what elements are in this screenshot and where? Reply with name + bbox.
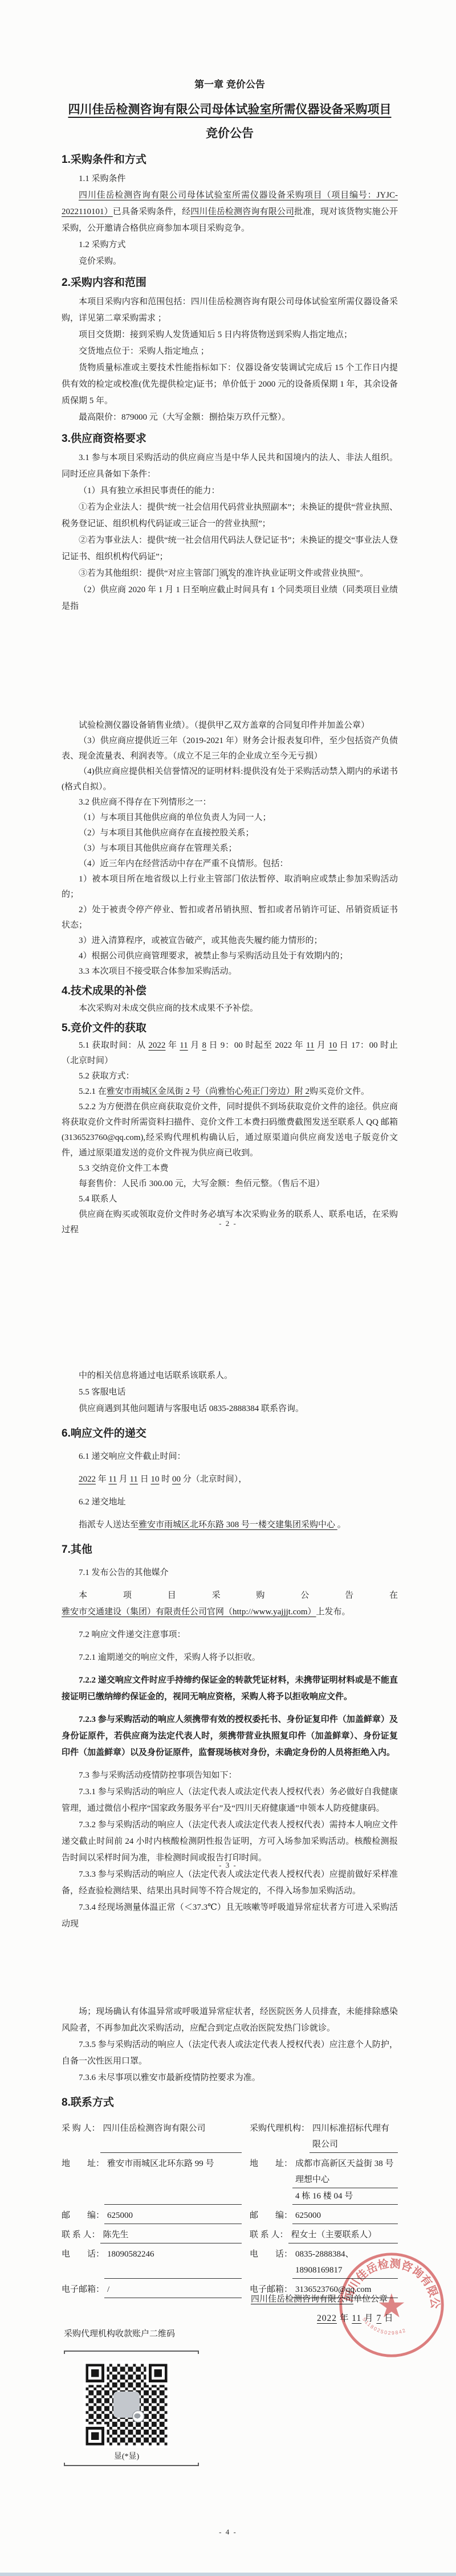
clause-2-scope: 本项目采购内容和范围包括：四川佳岳检测咨询有限公司母体试验室所需仪器设备采购，详… (62, 294, 398, 327)
section-6-heading: 6.响应文件的递交 (62, 1425, 398, 1442)
clause-3-2-item2: （2）与本项目其他供应商存在直接控股关系； (62, 826, 398, 841)
clause-6-2-heading: 6.2 递交地址 (62, 1494, 398, 1511)
seal-caption: 四川佳岳检测咨询有限公司单位公章 (251, 2292, 445, 2307)
clause-3-2-item4-4: 4）根据公司供应商管理要求，被禁止参与采购活动且处于有效期内的； (62, 949, 398, 964)
clause-7-2-2: 7.2.2 递交响应文件时应手持缔约保证金的转款凭证材料，未携带证明材料或是不能… (62, 1672, 398, 1705)
qr-finder-top-left (83, 2361, 107, 2385)
page-number-3: - 3 - (0, 1861, 456, 1870)
clause-5-2-1: 5.2.1 在雅安市雨城区金凤街 2 号（尚雅怡心苑正门旁边）附 2购买竞价文件… (62, 1084, 398, 1100)
clause-7-3-4: 7.3.4 经现场测量体温正常（＜37.3℃）且无咳嗽等呼吸道异常症状者方可进入… (62, 1900, 398, 1933)
section-3-heading: 3.供应商资格要求 (62, 430, 398, 448)
clause-3-1-item4: （4)供应商应提供相关信誉情况的证明材料:提供没有处于采购活动禁入期内的承诺书(… (62, 764, 398, 795)
clause-2-max-price: 最高限价：879000 元（大写金额：捌拾柒万玖仟元整）。 (62, 409, 398, 426)
clause-3-1-item3: （3）供应商应提供近三年（2019-2021 年）财务会计报表复印件，至少包括资… (62, 733, 398, 764)
clause-5-4-heading: 5.4 联系人 (62, 1192, 398, 1207)
clause-2-delivery-time: 项目交货期：接到采购人发货通知后 5 日内将货物送到采购人指定地点； (62, 327, 398, 343)
clause-3-1-item2: （2）供应商 2020 年 1 月 1 日至响应截止时间具有 1 个同类项目业绩… (62, 582, 398, 615)
clause-1-1-body: 四川佳岳检测咨询有限公司母体试验室所需仪器设备采购项目（项目编号：JYJC-20… (62, 187, 398, 237)
purchaser-label: 采 购 人： (62, 2120, 100, 2153)
agency-postcode: 625000 (292, 2208, 398, 2224)
clause-3-2-item4: （4）近三年内在经营活动中存在严重不良情形。包括： (62, 856, 398, 872)
clause-4-body: 本次采购对未成交供应商的技术成果不予补偿。 (62, 1001, 398, 1016)
qr-bracket-top (64, 2351, 199, 2354)
clause-3-1-item1: （1）具有独立承担民事责任的能力： (62, 483, 398, 499)
page-4: 场；现场确认有体温异常或呼吸道异常症状者，经医院医务人员排查，未能排除感染风险者… (0, 1932, 456, 2576)
clause-1-2-body: 竞价采购。 (62, 253, 398, 270)
clause-1-2-heading: 1.2 采购方式 (62, 237, 398, 253)
clause-3-2-item1: （1）与本项目其他供应商的单位负责人为同一人； (62, 810, 398, 826)
purchaser-contact: 陈先生 (100, 2227, 242, 2243)
purchaser-name: 四川佳岳检测咨询有限公司 (100, 2120, 242, 2153)
contact-row-address: 地 址： 雅安市雨城区北环东路 99 号 地 址： 成都市高新区天益街 38 号… (62, 2156, 398, 2205)
clause-7-3-heading: 7.3 参与采购活动疫情防控事项告知如下： (62, 1767, 398, 1784)
agency-address-line1: 成都市高新区天益街 38 号理想中心 (292, 2156, 398, 2188)
chapter-heading: 第一章 竞价公告 (62, 77, 398, 92)
section-5-heading: 5.竞价文件的获取 (62, 1020, 398, 1037)
qr-code-label: 采购代理机构收款账户二维码 (64, 2327, 175, 2339)
clause-7-3-1: 7.3.1 参与采购活动的响应人（法定代表人或法定代表人授权代表）务必做好自我健… (62, 1784, 398, 1817)
clause-7-2-heading: 7.2 响应文件递交注意事项： (62, 1627, 398, 1643)
contact-row-name: 采 购 人： 四川佳岳检测咨询有限公司 采购代理机构： 四川标准招标代理有限公司 (62, 2120, 398, 2153)
contact-row-person: 联 系 人： 陈先生 联 系 人： 程女士（主要联系人） (62, 2227, 398, 2243)
page-2-content: 试验检测仪器设备销售业绩）。（提供甲乙双方盖章的合同复印件并加盖公章） （3）供… (0, 644, 456, 1238)
purchaser-phone: 18090582246 (104, 2246, 242, 2279)
page-1-content: 第一章 竞价公告 四川佳岳检测咨询有限公司母体试验室所需仪器设备采购项目 竞价公… (0, 0, 456, 615)
clause-3-1-item1-b: ②若为事业法人：提供“统一社会信用代码法人登记证书”；未换证的提交“事业法人登记… (62, 532, 398, 565)
clause-5-5-body: 供应商遇到其他问题请与客服电话 0835-2888384 联系咨询。 (62, 1401, 398, 1417)
contact-row-postcode: 邮 编： 625000 邮 编： 625000 (62, 2208, 398, 2224)
section-4-heading: 4.技术成果的补偿 (62, 983, 398, 1000)
scan-edge-artifact (0, 2573, 456, 2576)
clause-2-quality: 货物质量标准或主要技术性能指标如下：仪器设备安装调试完成后 15 个工作日内提供… (62, 360, 398, 409)
clause-6-1-deadline: 2022 年 11 月 11 日 10 时 00 分（北京时间）， (62, 1471, 398, 1488)
agency-address-line2: 4 栋 16 楼 04 号 (292, 2188, 398, 2205)
purchaser-email-label: 电子邮箱： (62, 2282, 104, 2298)
qr-center-logo (113, 2392, 144, 2422)
purchaser-postcode: 625000 (104, 2208, 242, 2224)
clause-6-1-heading: 6.1 递交响应文件截止时间： (62, 1449, 398, 1465)
clause-7-3-6: 7.3.6 未尽事项以雅安市最新疫情防控要求为准。 (62, 2070, 398, 2086)
page-number-4: - 4 - (0, 2528, 456, 2537)
document-title-line1: 四川佳岳检测咨询有限公司母体试验室所需仪器设备采购项目 (62, 100, 398, 120)
clause-3-1-item2-cont: 试验检测仪器设备销售业绩）。（提供甲乙双方盖章的合同复印件并加盖公章） (62, 718, 398, 733)
page-number-1: - 1 - (0, 573, 456, 582)
purchaser-address-label: 地 址： (62, 2156, 104, 2205)
clause-3-2-heading: 3.2 供应商不得存在下列情形之一： (62, 795, 398, 810)
agency-contact: 程女士（主要联系人） (288, 2227, 398, 2243)
section-1-heading: 1.采购条件和方式 (62, 151, 398, 169)
clause-6-2-address: 指派专人送达至雅安市雨城区北环东路 308 号一楼交建集团采购中心 。 (62, 1517, 398, 1533)
clause-7-1-heading: 7.1 发布公告的其他媒介 (62, 1565, 398, 1581)
payment-qr-code (83, 2361, 170, 2448)
qr-finder-bottom-left (83, 2425, 107, 2448)
page-number-2: - 2 - (0, 1219, 456, 1228)
agency-address-label: 地 址： (250, 2156, 292, 2205)
document-title-line2: 竞价公告 (62, 124, 398, 143)
clause-7-3-3: 7.3.3 参与采购活动的响应人（法定代表人或法定代表人授权代表）应提前做好采样… (62, 1867, 398, 1900)
page-3: 中的相关信息将通过电话联系该联系人。 5.5 客服电话 供应商遇到其他问题请与客… (0, 1288, 456, 1932)
clause-1-1-heading: 1.1 采购条件 (62, 171, 398, 187)
clause-5-1: 5.1 获取时间：从 2022 年 11 月 8 日 9：00 时起至 2022… (62, 1038, 398, 1069)
clause-3-3: 3.3 本次项目不接受联合体参加采购活动。 (62, 964, 398, 979)
clause-5-4-cont: 中的相关信息将通过电话联系该联系人。 (62, 1368, 398, 1384)
agency-phone-label: 电 话： (250, 2246, 292, 2279)
section-8-heading: 8.联系方式 (62, 2094, 398, 2111)
section-2-heading: 2.采购内容和范围 (62, 274, 398, 292)
clause-7-2-1: 7.2.1 逾期递交的响应文件，采购人将予以拒收。 (62, 1650, 398, 1666)
clause-5-3-body: 每套售价：人民币 300.00 元，大写金额：叁佰元整。（售后不退） (62, 1176, 398, 1192)
agency-postcode-label: 邮 编： (250, 2208, 292, 2224)
page-4-content: 场；现场确认有体温异常或呼吸道异常症状者，经医院医务人员排查，未能排除感染风险者… (0, 1932, 456, 2298)
clause-3-2-item4-1: 1）被本项目所在地省级以上行业主管部门依法暂停、取消响应或禁止参加采购活动的； (62, 872, 398, 903)
purchaser-postcode-label: 邮 编： (62, 2208, 104, 2224)
clause-5-2-2: 5.2.2 为方便潜在供应商获取竞价文件，同时提供不到场获取竞价文件的途径。供应… (62, 1100, 398, 1161)
clause-3-2-item4-3: 3）进入清算程序，或被宣告破产，或其他丧失履约能力情形的； (62, 933, 398, 949)
agency-contact-label: 联 系 人： (250, 2227, 288, 2243)
page-2: 试验检测仪器设备销售业绩）。（提供甲乙双方盖章的合同复印件并加盖公章） （3）供… (0, 644, 456, 1288)
clause-3-2-item4-2: 2）处于被责令停产停业、暂扣或者吊销执照、暂扣或者吊销许可证、吊销资质证书状态； (62, 903, 398, 933)
page-3-content: 中的相关信息将通过电话联系该联系人。 5.5 客服电话 供应商遇到其他问题请与客… (0, 1288, 456, 1933)
qr-finder-top-right (146, 2361, 170, 2385)
purchaser-email: / (104, 2282, 242, 2298)
seal-date: 2022 年 11 月 7 日 (317, 2311, 448, 2324)
agency-name: 四川标准招标代理有限公司 (310, 2120, 398, 2153)
agency-label: 采购代理机构： (250, 2120, 310, 2153)
clause-7-1-body: 本项目采购公告在雅安市交通建设（集团）有限责任公司官网（http://www.y… (62, 1588, 398, 1621)
purchaser-phone-label: 电 话： (62, 2246, 104, 2279)
page-1: 第一章 竞价公告 四川佳岳检测咨询有限公司母体试验室所需仪器设备采购项目 竞价公… (0, 0, 456, 644)
clause-5-2-heading: 5.2 获取方式： (62, 1069, 398, 1084)
qr-bracket-bottom (64, 2463, 199, 2466)
clause-7-3-5: 7.3.5 参与采购活动的响应人（法定代表人或法定代表人授权代表）应注意个人防护… (62, 2037, 398, 2070)
clause-7-2-3: 7.2.3 参与采购活动的响应人须携带有效的授权委托书、身份证复印件（加盖鲜章）… (62, 1712, 398, 1761)
clause-3-2-item3: （3）与本项目其他供应商存在管理关系； (62, 841, 398, 856)
clause-5-5-heading: 5.5 客服电话 (62, 1384, 398, 1401)
clause-7-3-2: 7.3.2 参与采购活动的响应人（法定代表人或法定代表人授权代表）需持本人响应文… (62, 1817, 398, 1867)
clause-5-3-heading: 5.3 交纳竞价文件工本费 (62, 1161, 398, 1176)
clause-3-1-item1-a: ①若为企业法人：提供“统一社会信用代码营业执照副本”；未换证的提供“营业执照、税… (62, 499, 398, 532)
qr-payee-caption: 显(*显) (83, 2450, 170, 2462)
clause-2-delivery-place: 交货地点位于：采购人指定地点 ； (62, 343, 398, 360)
scanned-procurement-document: { "colors": { "stamp_red": "#d96a6a", "i… (0, 0, 456, 2576)
purchaser-address: 雅安市雨城区北环东路 99 号 (104, 2156, 242, 2205)
clause-7-3-4-cont: 场；现场确认有体温异常或呼吸道异常症状者，经医院医务人员排查，未能排除感染风险者… (62, 2004, 398, 2037)
purchaser-contact-label: 联 系 人： (62, 2227, 100, 2243)
section-7-heading: 7.其他 (62, 1541, 398, 1558)
clause-3-1: 3.1 参与本项目采购活动的供应商应当是中华人民共和国境内的法人、非法人组织。同… (62, 450, 398, 483)
